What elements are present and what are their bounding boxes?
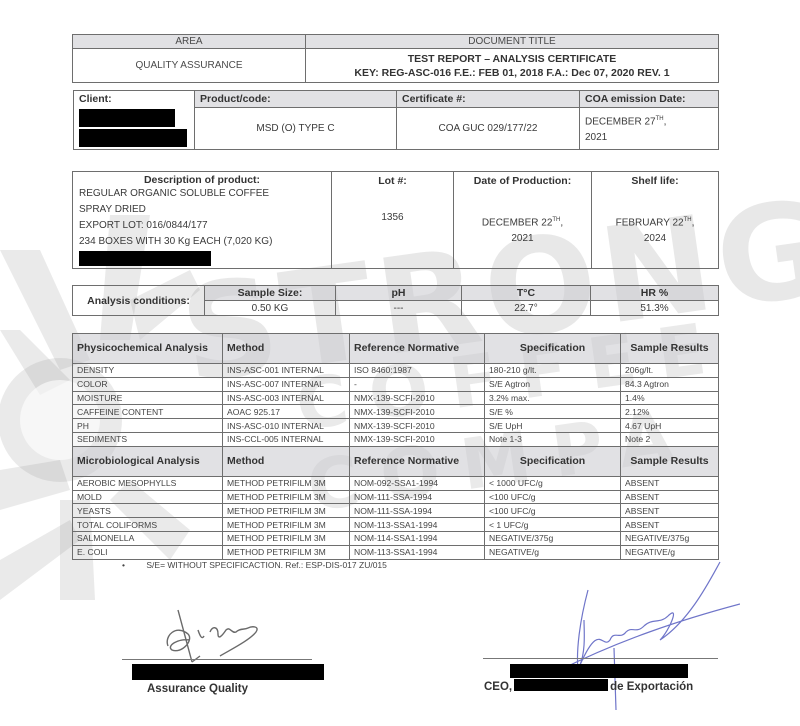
table-cell: NOM-113-SSA1-1994: [350, 545, 485, 559]
table-cell: METHOD PETRIFILM 3M: [223, 518, 350, 532]
physicochemical-header-cell: Sample Results: [621, 334, 719, 364]
description-line: 234 BOXES WITH 30 Kg EACH (7,020 KG): [79, 234, 325, 250]
table-cell: NOM-111-SSA-1994: [350, 490, 485, 504]
table-cell: METHOD PETRIFILM 3M: [223, 531, 350, 545]
physicochemical-header-cell: Specification: [485, 334, 621, 364]
description-line: REGULAR ORGANIC SOLUBLE COFFEE: [79, 186, 325, 202]
table-cell: <100 UFC/g: [485, 504, 621, 518]
table-cell: 3.2% max.: [485, 391, 621, 405]
document-key: KEY: REG-ASC-016 F.E.: FEB 01, 2018 F.A.…: [310, 66, 714, 80]
table-cell: 84.3 Agtron: [621, 377, 719, 391]
table-cell: Note 1-3: [485, 432, 621, 446]
table-cell: Note 2: [621, 432, 719, 446]
signer-name-redacted-right: [510, 664, 688, 678]
table-cell: < 1000 UFC/g: [485, 476, 621, 490]
description-lines: REGULAR ORGANIC SOLUBLE COFFEE SPRAY DRI…: [79, 186, 325, 250]
client-info-table: Client: Product/code: Certificate #: COA…: [73, 90, 719, 150]
table-row: E. COLIMETHOD PETRIFILM 3MNOM-113-SSA1-1…: [73, 545, 719, 559]
certificate-document: AREA DOCUMENT TITLE QUALITY ASSURANCE TE…: [0, 0, 800, 726]
table-cell: INS-ASC-010 INTERNAL: [223, 419, 350, 433]
emission-date-value: DECEMBER 27TH, 2021: [580, 108, 719, 150]
table-cell: NOM-092-SSA1-1994: [350, 476, 485, 490]
table-cell: MOLD: [73, 490, 223, 504]
table-row: AEROBIC MESOPHYLLSMETHOD PETRIFILM 3MNOM…: [73, 476, 719, 490]
temperature-label: T°C: [462, 286, 591, 301]
table-cell: METHOD PETRIFILM 3M: [223, 545, 350, 559]
emission-date-label: COA emission Date:: [580, 91, 719, 108]
document-header-table: AREA DOCUMENT TITLE QUALITY ASSURANCE TE…: [72, 34, 719, 83]
footnote: • S/E= WITHOUT SPECIFICACTION. Ref.: ESP…: [122, 560, 387, 570]
shelf-life-value: FEBRUARY 22TH, 2024: [598, 212, 712, 247]
production-date-value: DECEMBER 22TH, 2021: [460, 212, 585, 247]
document-title: TEST REPORT – ANALYSIS CERTIFICATE: [310, 52, 714, 66]
microbiological-header-row: Microbiological AnalysisMethodReference …: [73, 446, 719, 476]
area-value: QUALITY ASSURANCE: [73, 49, 306, 83]
footnote-text: S/E= WITHOUT SPECIFICACTION. Ref.: ESP-D…: [146, 560, 387, 570]
product-description-table: Description of product: REGULAR ORGANIC …: [72, 171, 719, 269]
table-cell: NEGATIVE/g: [621, 545, 719, 559]
table-cell: E. COLI: [73, 545, 223, 559]
table-cell: COLOR: [73, 377, 223, 391]
analysis-conditions-table: Analysis conditions: Sample Size: pH T°C…: [72, 285, 719, 316]
table-cell: TOTAL COLIFORMS: [73, 518, 223, 532]
temperature-value: 22.7°: [462, 301, 591, 316]
table-cell: NOM-114-SSA1-1994: [350, 531, 485, 545]
table-row: YEASTSMETHOD PETRIFILM 3MNOM-111-SSA-199…: [73, 504, 719, 518]
table-cell: NMX-139-SCFI-2010: [350, 391, 485, 405]
table-cell: 4.67 UpH: [621, 419, 719, 433]
table-cell: INS-ASC-003 INTERNAL: [223, 391, 350, 405]
table-cell: <100 UFC/g: [485, 490, 621, 504]
product-code-value: MSD (O) TYPE C: [195, 108, 397, 150]
table-cell: AOAC 925.17: [223, 405, 350, 419]
microbiological-header-cell: Sample Results: [621, 446, 719, 476]
description-label: Description of product:: [79, 174, 325, 186]
table-row: TOTAL COLIFORMSMETHOD PETRIFILM 3MNOM-11…: [73, 518, 719, 532]
signature-line-left: [122, 659, 312, 660]
footnote-bullet: •: [122, 560, 144, 570]
table-cell: 1.4%: [621, 391, 719, 405]
table-cell: ABSENT: [621, 490, 719, 504]
table-cell: S/E %: [485, 405, 621, 419]
table-row: PHINS-ASC-010 INTERNALNMX-139-SCFI-2010S…: [73, 419, 719, 433]
certificate-label: Certificate #:: [397, 91, 580, 108]
lot-value: 1356: [338, 212, 447, 223]
production-date-cell: Date of Production: DECEMBER 22TH, 2021: [454, 172, 592, 269]
title-redacted: [514, 679, 608, 691]
client-cell: Client:: [74, 91, 195, 150]
table-cell: INS-CCL-005 INTERNAL: [223, 432, 350, 446]
certificate-value: COA GUC 029/177/22: [397, 108, 580, 150]
analysis-results-table: Physicochemical AnalysisMethodReference …: [72, 333, 719, 560]
description-cell: Description of product: REGULAR ORGANIC …: [73, 172, 332, 269]
sample-size-value: 0.50 KG: [205, 301, 336, 316]
physicochemical-header-cell: Method: [223, 334, 350, 364]
table-row: SEDIMENTSINS-CCL-005 INTERNALNMX-139-SCF…: [73, 432, 719, 446]
table-row: DENSITYINS-ASC-001 INTERNALISO 8460:1987…: [73, 364, 719, 378]
analysis-conditions-label: Analysis conditions:: [73, 286, 205, 316]
table-cell: 2.12%: [621, 405, 719, 419]
client-redacted: [79, 109, 175, 127]
shelf-life-label: Shelf life:: [598, 175, 712, 187]
signature-title-left: Assurance Quality: [147, 683, 248, 695]
table-cell: INS-ASC-001 INTERNAL: [223, 364, 350, 378]
sample-size-label: Sample Size:: [205, 286, 336, 301]
area-label: AREA: [73, 35, 306, 49]
physicochemical-header-row: Physicochemical AnalysisMethodReference …: [73, 334, 719, 364]
table-cell: ABSENT: [621, 504, 719, 518]
table-cell: < 1 UFC/g: [485, 518, 621, 532]
humidity-value: 51.3%: [591, 301, 719, 316]
signature-title-right: CEO,de Exportación: [484, 679, 693, 693]
table-row: COLORINS-ASC-007 INTERNAL-S/E Agtron84.3…: [73, 377, 719, 391]
table-cell: S/E UpH: [485, 419, 621, 433]
signature-line-right: [483, 658, 718, 659]
table-row: SALMONELLAMETHOD PETRIFILM 3MNOM-114-SSA…: [73, 531, 719, 545]
table-cell: METHOD PETRIFILM 3M: [223, 490, 350, 504]
description-line: SPRAY DRIED: [79, 202, 325, 218]
table-cell: AEROBIC MESOPHYLLS: [73, 476, 223, 490]
table-cell: SEDIMENTS: [73, 432, 223, 446]
ph-value: ---: [336, 301, 462, 316]
signature-left-icon: [160, 606, 280, 666]
microbiological-header-cell: Specification: [485, 446, 621, 476]
table-cell: PH: [73, 419, 223, 433]
microbiological-header-cell: Reference Normative: [350, 446, 485, 476]
table-cell: NEGATIVE/375g: [621, 531, 719, 545]
table-row: CAFFEINE CONTENTAOAC 925.17NMX-139-SCFI-…: [73, 405, 719, 419]
microbiological-header-cell: Microbiological Analysis: [73, 446, 223, 476]
physicochemical-header-cell: Reference Normative: [350, 334, 485, 364]
table-cell: MOISTURE: [73, 391, 223, 405]
table-row: MOLDMETHOD PETRIFILM 3MNOM-111-SSA-1994<…: [73, 490, 719, 504]
description-redacted: [79, 251, 211, 266]
document-title-label: DOCUMENT TITLE: [306, 35, 719, 49]
document-title-cell: TEST REPORT – ANALYSIS CERTIFICATE KEY: …: [306, 49, 719, 83]
product-code-label: Product/code:: [195, 91, 397, 108]
ph-label: pH: [336, 286, 462, 301]
description-line: EXPORT LOT: 016/0844/177: [79, 218, 325, 234]
table-cell: NOM-111-SSA-1994: [350, 504, 485, 518]
table-row: MOISTUREINS-ASC-003 INTERNALNMX-139-SCFI…: [73, 391, 719, 405]
table-cell: NMX-139-SCFI-2010: [350, 405, 485, 419]
table-cell: NMX-139-SCFI-2010: [350, 432, 485, 446]
table-cell: DENSITY: [73, 364, 223, 378]
client-redacted: [79, 129, 187, 147]
table-cell: S/E Agtron: [485, 377, 621, 391]
table-cell: NOM-113-SSA1-1994: [350, 518, 485, 532]
table-cell: NEGATIVE/375g: [485, 531, 621, 545]
table-cell: METHOD PETRIFILM 3M: [223, 476, 350, 490]
table-cell: ABSENT: [621, 476, 719, 490]
table-cell: 206g/lt.: [621, 364, 719, 378]
table-cell: NEGATIVE/g: [485, 545, 621, 559]
lot-cell: Lot #: 1356: [332, 172, 454, 269]
signer-name-redacted-left: [132, 664, 324, 680]
production-date-label: Date of Production:: [460, 175, 585, 187]
table-cell: CAFFEINE CONTENT: [73, 405, 223, 419]
table-cell: ISO 8460:1987: [350, 364, 485, 378]
table-cell: -: [350, 377, 485, 391]
client-label: Client:: [79, 93, 189, 105]
lot-label: Lot #:: [338, 175, 447, 187]
table-cell: INS-ASC-007 INTERNAL: [223, 377, 350, 391]
table-cell: NMX-139-SCFI-2010: [350, 419, 485, 433]
table-cell: YEASTS: [73, 504, 223, 518]
physicochemical-header-cell: Physicochemical Analysis: [73, 334, 223, 364]
shelf-life-cell: Shelf life: FEBRUARY 22TH, 2024: [592, 172, 719, 269]
humidity-label: HR %: [591, 286, 719, 301]
table-cell: ABSENT: [621, 518, 719, 532]
table-cell: SALMONELLA: [73, 531, 223, 545]
table-cell: 180-210 g/lt.: [485, 364, 621, 378]
table-cell: METHOD PETRIFILM 3M: [223, 504, 350, 518]
microbiological-header-cell: Method: [223, 446, 350, 476]
